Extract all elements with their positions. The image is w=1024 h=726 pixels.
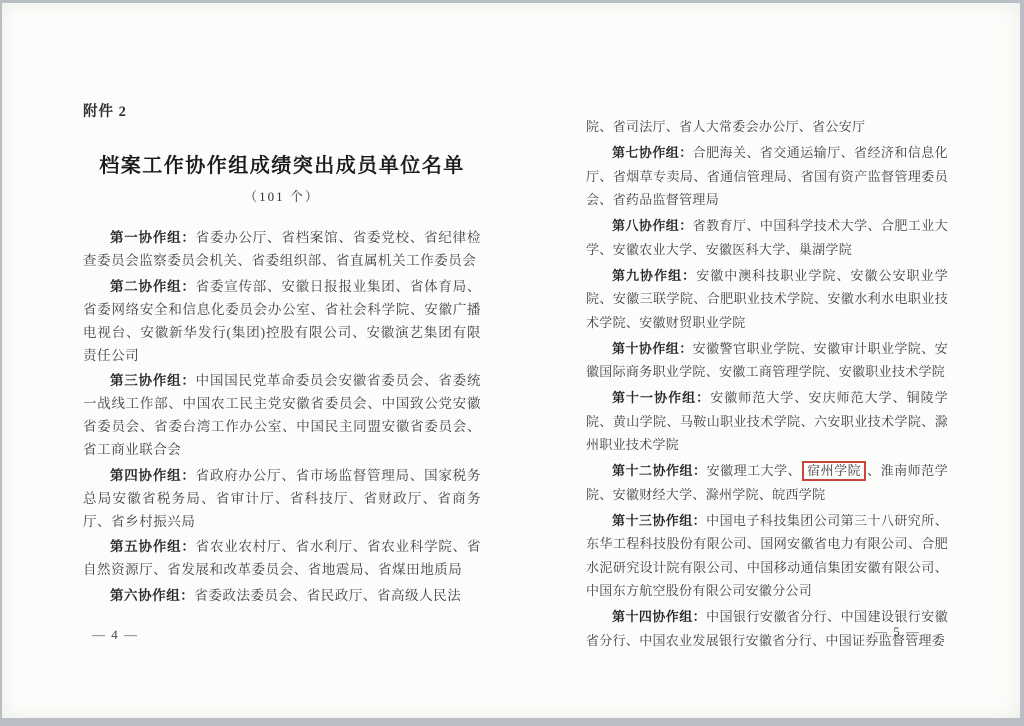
document-paragraph: 第七协作组：合肥海关、省交通运输厅、省经济和信息化厅、省烟草专卖局、省通信管理局… — [586, 141, 948, 212]
page-number-left: — 4 — — [92, 627, 139, 643]
group-label: 第一协作组： — [110, 230, 196, 245]
group-label: 第三协作组： — [110, 373, 196, 388]
document-paragraph: 第二协作组：省委宣传部、安徽日报报业集团、省体育局、省委网络安全和信息化委员会办… — [83, 275, 481, 367]
group-label: 第十四协作组： — [612, 609, 706, 624]
page-left-body: 第一协作组：省委办公厅、省档案馆、省委党校、省纪律检查委员会监察委员会机关、省委… — [83, 226, 481, 607]
group-label: 第九协作组： — [612, 268, 696, 283]
group-label: 第五协作组： — [110, 539, 196, 554]
document-paragraph: 第十三协作组：中国电子科技集团公司第三十八研究所、东华工程科技股份有限公司、国网… — [586, 509, 948, 603]
document-paragraph: 第六协作组：省委政法委员会、省民政厅、省高级人民法 — [83, 584, 481, 607]
page-left: 附件 2 档案工作协作组成绩突出成员单位名单 （101 个） 第一协作组：省委办… — [83, 100, 481, 609]
group-label: 第七协作组： — [612, 145, 693, 160]
attachment-label: 附件 2 — [83, 100, 481, 121]
document-paragraph: 第一协作组：省委办公厅、省档案馆、省委党校、省纪律检查委员会监察委员会机关、省委… — [83, 226, 481, 272]
group-label: 第六协作组： — [110, 588, 194, 603]
document-paragraph: 第八协作组：省教育厅、中国科学技术大学、合肥工业大学、安徽农业大学、安徽医科大学… — [586, 214, 948, 261]
group-label: 第八协作组： — [612, 218, 693, 233]
document-paragraph: 第四协作组：省政府办公厅、省市场监督管理局、国家税务总局安徽省税务局、省审计厅、… — [83, 464, 481, 533]
group-label: 第十一协作组： — [612, 390, 710, 405]
document-paragraph: 第五协作组：省农业农村厅、省水利厅、省农业科学院、省自然资源厅、省发展和改革委员… — [83, 535, 481, 581]
document-paragraph: 第三协作组：中国国民党革命委员会安徽省委员会、省委统一战线工作部、中国农工民主党… — [83, 369, 481, 461]
group-label: 第二协作组： — [110, 279, 196, 294]
document-paragraph: 第十二协作组：安徽理工大学、宿州学院、淮南师范学院、安徽财经大学、滁州学院、皖西… — [586, 459, 948, 506]
highlight-box: 宿州学院 — [802, 461, 866, 481]
document-paragraph: 第九协作组：安徽中澳科技职业学院、安徽公安职业学院、安徽三联学院、合肥职业技术学… — [586, 264, 948, 335]
document-title: 档案工作协作组成绩突出成员单位名单 — [83, 149, 481, 178]
group-label: 第四协作组： — [110, 468, 196, 483]
document-paragraph: 第十协作组：安徽警官职业学院、安徽审计职业学院、安徽国际商务职业学院、安徽工商管… — [586, 337, 948, 384]
paragraph-text: 安徽理工大学、 — [707, 463, 802, 478]
paragraph-text: 院、省司法厅、省人大常委会办公厅、省公安厅 — [586, 119, 865, 134]
paragraph-text: 省委政法委员会、省民政厅、省高级人民法 — [194, 588, 461, 603]
document-paragraph: 院、省司法厅、省人大常委会办公厅、省公安厅 — [586, 115, 948, 139]
document-paragraph: 第十一协作组：安徽师范大学、安庆师范大学、铜陵学院、黄山学院、马鞍山职业技术学院… — [586, 386, 948, 457]
page-right: 院、省司法厅、省人大常委会办公厅、省公安厅第七协作组：合肥海关、省交通运输厅、省… — [586, 94, 948, 655]
group-label: 第十三协作组： — [612, 513, 706, 528]
group-label: 第十协作组： — [612, 341, 693, 356]
document-page-spread: 附件 2 档案工作协作组成绩突出成员单位名单 （101 个） 第一协作组：省委办… — [2, 3, 1020, 718]
group-label: 第十二协作组： — [612, 463, 707, 478]
page-number-right: — 5 — — [874, 624, 921, 640]
document-subtitle: （101 个） — [83, 186, 481, 205]
page-right-body: 院、省司法厅、省人大常委会办公厅、省公安厅第七协作组：合肥海关、省交通运输厅、省… — [586, 115, 948, 652]
